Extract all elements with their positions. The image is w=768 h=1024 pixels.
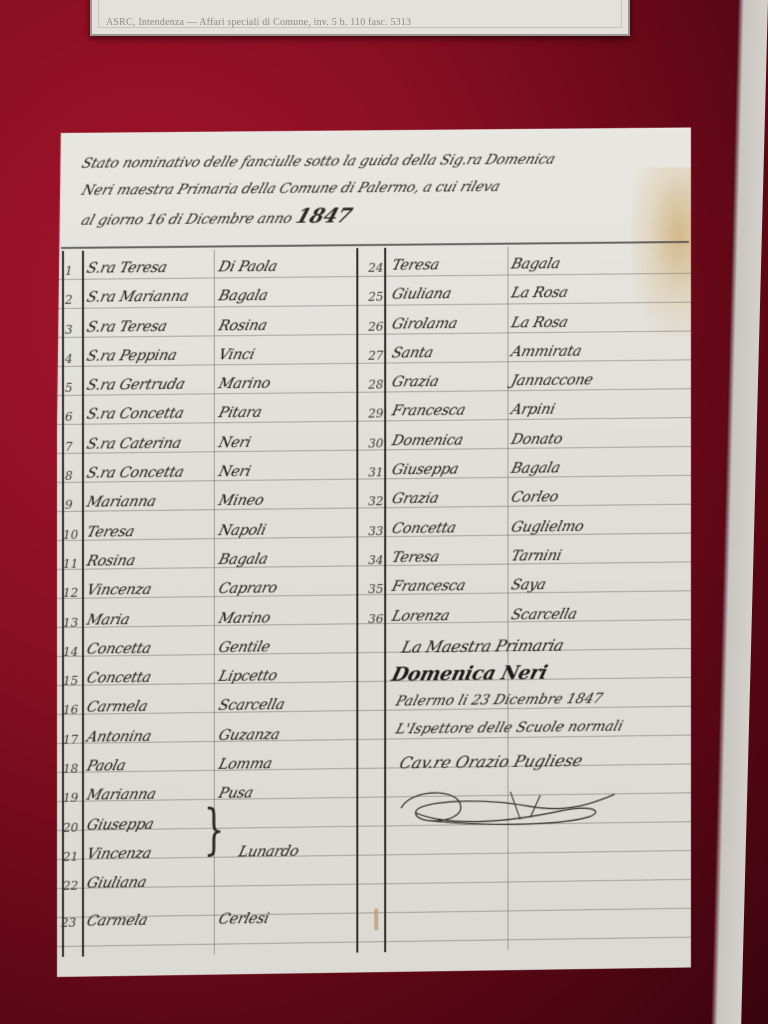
list-item: 11RosinaBagala: [57, 546, 356, 579]
first-name: Antonina: [85, 728, 153, 745]
row-number: 11: [63, 557, 78, 571]
list-item: 32GraziaCorleo: [356, 484, 684, 517]
surname: Lipcetto: [217, 668, 279, 685]
surname: Ammirata: [509, 343, 583, 360]
teacher-title: La Maestra Primaria: [400, 635, 566, 656]
row-number: 28: [368, 378, 383, 392]
surname: Bagala: [217, 288, 270, 305]
surname: Scarcella: [217, 697, 286, 714]
row-number: 10: [63, 527, 78, 541]
list-item: 24TeresaBagala: [356, 251, 684, 283]
first-name: Paola: [85, 758, 127, 775]
surname: Jannaccone: [509, 373, 594, 390]
surname: Lunardo: [237, 844, 301, 861]
surname: Neri: [217, 464, 253, 480]
signature-flourish-icon: [391, 780, 629, 833]
first-name: Concetta: [85, 670, 153, 687]
first-name: S.ra Concetta: [85, 465, 185, 482]
student-list-right: 24TeresaBagala 25GiulianaLa Rosa 26Girol…: [356, 251, 684, 693]
row-number: 29: [368, 407, 383, 421]
heading-line-3: al giorno 16 di Dicembre anno 1847: [77, 199, 684, 235]
first-name: Carmela: [85, 699, 149, 716]
row-number: 1: [65, 264, 73, 278]
list-item: 15ConcettaLipcetto: [57, 663, 356, 696]
surname: Mineo: [217, 493, 265, 510]
list-item: 22Giuliana: [57, 868, 356, 902]
list-item: 5S.ra GertrudaMarino: [57, 371, 356, 403]
surname: Guglielmo: [509, 519, 585, 536]
teacher-signature: Domenica Neri: [389, 662, 549, 686]
list-item: 13MariaMarino: [57, 605, 356, 638]
surname: Napoli: [217, 522, 268, 539]
surname: Bagala: [217, 551, 270, 568]
archive-label-card: ASRC, Intendenza — Affari speciali di Co…: [90, 0, 630, 36]
row-number: 23: [61, 915, 76, 929]
surname: La Rosa: [509, 314, 569, 331]
list-item: 26GirolamaLa Rosa: [356, 309, 684, 342]
first-name: Girolama: [390, 316, 459, 333]
row-number: 5: [65, 381, 73, 395]
surname: Tarnini: [509, 548, 563, 565]
signature-role: L'Ispettore delle Scuole normali: [394, 719, 625, 738]
document-sheet: Stato nominativo delle fanciulle sotto l…: [57, 127, 691, 977]
list-item: 28GraziaJannaccone: [356, 368, 684, 401]
row-number: 8: [65, 469, 73, 483]
row-number: 13: [63, 615, 78, 629]
surname: Neri: [217, 435, 253, 451]
row-number: 27: [368, 349, 383, 363]
row-number: 32: [368, 495, 383, 509]
document-heading: Stato nominativo delle fanciulle sotto l…: [82, 145, 679, 234]
surname: Bagala: [509, 256, 561, 272]
surname: Saya: [509, 577, 547, 593]
row-number: 30: [368, 436, 383, 450]
surname: Lomma: [217, 756, 274, 773]
surname: Marino: [217, 376, 272, 393]
list-item: 7S.ra CaterinaNeri: [57, 429, 356, 462]
first-name: Marianna: [85, 787, 158, 804]
surname: Marino: [217, 610, 272, 627]
first-name: S.ra Teresa: [85, 260, 169, 277]
row-number: 16: [63, 703, 78, 717]
surname: Pitara: [217, 405, 264, 421]
row-number: 21: [63, 850, 78, 864]
row-number: 3: [65, 322, 73, 336]
surname: Guzanza: [217, 727, 282, 744]
list-item: 33ConcettaGuglielmo: [356, 513, 684, 546]
first-name: Maria: [85, 612, 131, 629]
first-name: Marianna: [85, 494, 158, 511]
row-number: 35: [368, 582, 383, 596]
list-item: 31GiuseppaBagala: [356, 455, 684, 488]
row-number: 6: [65, 410, 73, 424]
first-name: S.ra Concetta: [85, 406, 185, 423]
row-number: 20: [63, 820, 78, 834]
first-name: Giuseppa: [85, 816, 155, 833]
list-item: 25GiulianaLa Rosa: [356, 280, 684, 312]
row-number: 24: [368, 261, 383, 275]
paper-tear-mark: [374, 908, 378, 930]
list-item: 4S.ra PeppinaVinci: [57, 342, 356, 374]
first-name: Teresa: [390, 257, 441, 273]
teacher-title-row: La Maestra Primaria: [356, 630, 684, 663]
surname: La Rosa: [509, 285, 569, 302]
first-name: Giuliana: [390, 286, 453, 303]
signature-name: Cav.re Orazio Pugliese: [397, 751, 585, 772]
row-number: 22: [63, 879, 78, 893]
heading-year: 1847: [293, 203, 355, 228]
first-name: Teresa: [390, 549, 441, 566]
surname: Rosina: [217, 317, 269, 334]
list-item: 17AntoninaGuzanza: [57, 722, 356, 755]
list-item: 10TeresaNapoli: [57, 517, 356, 550]
first-name: S.ra Gertruda: [85, 377, 186, 394]
list-item: 34TeresaTarnini: [356, 543, 684, 576]
list-item: 23CarmelaCerlesi: [57, 897, 356, 941]
list-item: 12VincenzaCapraro: [57, 576, 356, 609]
row-number: 7: [65, 440, 73, 454]
first-name: Carmela: [85, 912, 149, 929]
first-name: S.ra Marianna: [85, 289, 190, 306]
row-number: 2: [65, 293, 73, 307]
list-item: 36LorenzaScarcella: [356, 601, 684, 634]
list-item: 9MariannaMineo: [57, 488, 356, 521]
surname: Di Paola: [217, 259, 279, 276]
list-item: 14ConcettaGentile: [57, 634, 356, 667]
surname: Arpini: [509, 402, 556, 418]
first-name: Concetta: [390, 520, 457, 537]
list-item: 6S.ra ConcettaPitara: [57, 400, 356, 433]
row-number: 14: [63, 645, 78, 659]
surname: Corleo: [509, 490, 560, 507]
surname: Scarcella: [509, 606, 578, 623]
first-name: Rosina: [85, 553, 137, 570]
heading-line-3-text: al giorno 16 di Dicembre anno: [79, 211, 294, 229]
first-name: Lorenza: [390, 608, 451, 625]
first-name: Giuseppa: [390, 462, 460, 479]
row-number: 26: [368, 319, 383, 333]
first-name: Domenica: [390, 432, 465, 449]
surname: Capraro: [217, 581, 279, 598]
first-name: Giuliana: [85, 875, 148, 892]
row-number: 33: [368, 524, 383, 538]
row-number: 9: [65, 498, 73, 512]
row-number: 25: [368, 290, 383, 304]
list-item: 1S.ra TeresaDi Paola: [57, 254, 356, 286]
surname: Vinci: [217, 347, 256, 363]
surname: Cerlesi: [217, 910, 271, 927]
archive-label-text: ASRC, Intendenza — Affari speciali di Co…: [106, 17, 411, 28]
surname: Bagala: [509, 460, 561, 477]
first-name: Francesca: [390, 578, 467, 595]
row-number: 36: [368, 612, 383, 626]
list-item: 8S.ra ConcettaNeri: [57, 459, 356, 492]
teacher-name-row: Domenica Neri: [356, 659, 684, 692]
list-item: 3S.ra TeresaRosina: [57, 313, 356, 345]
signature-date: Palermo li 23 Dicembre 1847: [394, 691, 605, 710]
first-name: Grazia: [390, 491, 440, 508]
surname: Gentile: [217, 639, 272, 656]
brace-bracket-icon: }: [204, 803, 225, 857]
row-number: 15: [63, 674, 78, 688]
first-name: Francesca: [390, 403, 467, 420]
first-name: Santa: [390, 345, 435, 361]
row-number: 4: [65, 352, 73, 366]
backdrop-edge: [711, 0, 768, 1024]
row-number: 19: [63, 791, 78, 805]
list-item: 29FrancescaArpini: [356, 397, 684, 430]
row-number: 18: [63, 762, 78, 776]
list-item: 2S.ra MariannaBagala: [57, 283, 356, 315]
row-number: 34: [368, 553, 383, 567]
first-name: S.ra Caterina: [85, 435, 183, 452]
row-number: 17: [63, 732, 78, 746]
list-item: 35FrancescaSaya: [356, 572, 684, 605]
surname: Donato: [509, 431, 564, 448]
row-number: 31: [368, 465, 383, 479]
first-name: Teresa: [85, 524, 136, 541]
row-number: 12: [63, 586, 78, 600]
first-name: S.ra Teresa: [85, 318, 169, 335]
first-name: S.ra Peppina: [85, 348, 178, 365]
first-name: Vincenza: [85, 846, 153, 863]
list-item: 16CarmelaScarcella: [57, 693, 356, 726]
first-name: Vincenza: [85, 582, 153, 599]
first-name: Grazia: [390, 374, 440, 390]
list-item: 27SantaAmmirata: [356, 338, 684, 371]
list-item: 30DomenicaDonato: [356, 426, 684, 459]
list-item: 18PaolaLomma: [57, 751, 356, 784]
first-name: Concetta: [85, 641, 153, 658]
